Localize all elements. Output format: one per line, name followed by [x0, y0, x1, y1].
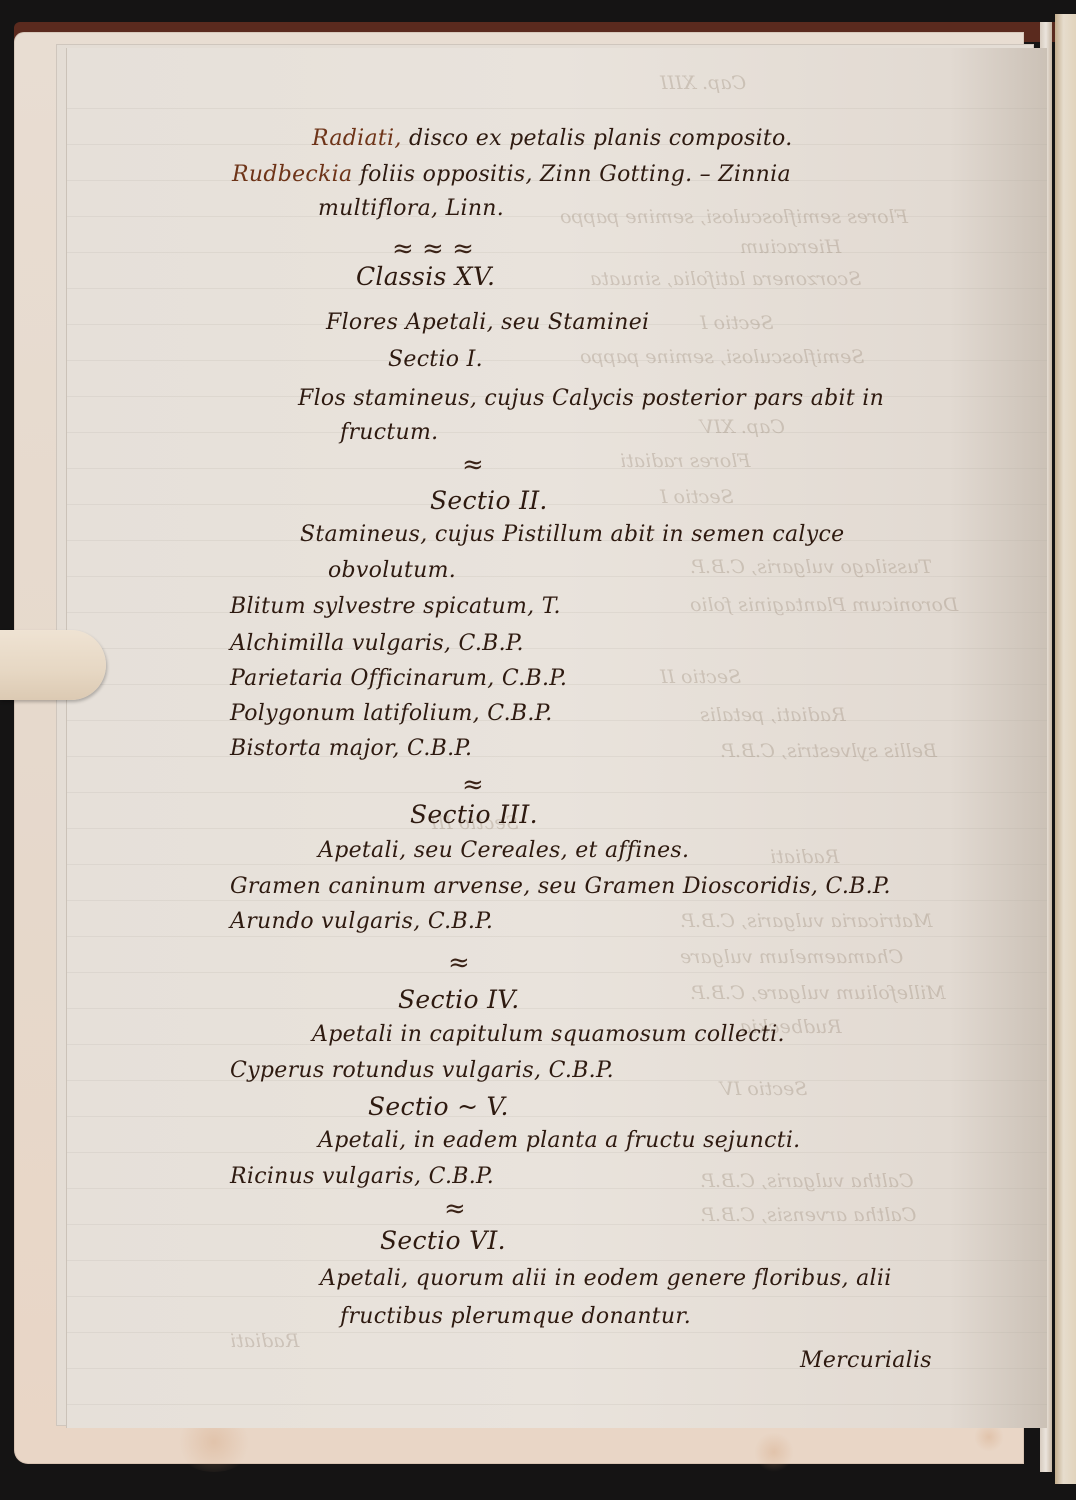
- manuscript-line: Apetali, seu Cereales, et affines.: [318, 838, 689, 863]
- manuscript-line: Apetali, in eadem planta a fructu sejunc…: [318, 1128, 800, 1153]
- bleed-through-text: Flores semiflosculosi, semine pappo: [560, 206, 908, 228]
- bleed-through-text: Cap. XIV: [700, 416, 785, 438]
- section-heading: Sectio IV.: [398, 985, 519, 1014]
- ruled-line: [67, 936, 1047, 937]
- manuscript-line: Blitum sylvestre spicatum, T.: [230, 594, 561, 619]
- manuscript-line: Stamineus, cujus Pistillum abit in semen…: [300, 522, 844, 547]
- ruled-line: [67, 360, 1047, 361]
- bleed-through-text: Flores radiati: [620, 450, 751, 472]
- ruled-line: [67, 864, 1047, 865]
- bleed-through-text: Caltha vulgaris, C.B.P.: [700, 1170, 914, 1192]
- ruled-line: [67, 1116, 1047, 1117]
- manuscript-line: multiflora, Linn.: [318, 196, 504, 221]
- section-heading: Sectio ~ V.: [368, 1092, 509, 1121]
- gutter-strip-outer: [1055, 14, 1076, 1484]
- manuscript-line: Rudbeckia foliis oppositis, Zinn Gotting…: [232, 162, 791, 187]
- manuscript-line: fructum.: [340, 420, 438, 445]
- bleed-through-text: Doronicum Plantaginis folio: [690, 594, 958, 616]
- manuscript-line: Apetali, quorum alii in eodem genere flo…: [320, 1266, 892, 1291]
- manuscript-line: Parietaria Officinarum, C.B.P.: [230, 666, 567, 691]
- manuscript-line: Gramen caninum arvense, seu Gramen Diosc…: [230, 874, 891, 899]
- manuscript-line: Cyperus rotundus vulgaris, C.B.P.: [230, 1058, 614, 1083]
- divider-flourish-icon: ≈ ≈ ≈: [392, 236, 474, 262]
- bleed-through-text: Scorzonera latifolia, sinuata: [590, 268, 861, 290]
- ruled-line: [67, 792, 1047, 793]
- bleed-through-text: Millefolium vulgare, C.B.P.: [690, 982, 946, 1004]
- manuscript-line: Alchimilla vulgaris, C.B.P.: [230, 631, 524, 656]
- manuscript-line: Apetali in capitulum squamosum collecti.: [312, 1022, 785, 1047]
- ruled-line: [67, 108, 1047, 109]
- manuscript-line: obvolutum.: [328, 558, 456, 583]
- catchword: Mercurialis: [800, 1348, 932, 1373]
- ruled-line: [67, 504, 1047, 505]
- bleed-through-text: Radiati: [770, 846, 839, 868]
- bleed-through-text: Radiati: [230, 1330, 299, 1352]
- bleed-through-text: Caltha arvensis, C.B.P.: [700, 1204, 916, 1226]
- bleed-through-text: Sectio I: [700, 312, 774, 334]
- bookmark-tab[interactable]: [0, 630, 106, 700]
- ruled-line: [67, 288, 1047, 289]
- manuscript-line: fructibus plerumque donantur.: [340, 1304, 691, 1329]
- bleed-through-text: Matricaria vulgaris, C.B.P.: [680, 910, 932, 932]
- section-heading: Sectio II.: [430, 486, 548, 515]
- bleed-through-text: Tussilago vulgaris, C.B.P.: [690, 556, 932, 578]
- ruled-line: [67, 1404, 1047, 1405]
- divider-flourish-icon: ≈: [448, 950, 470, 976]
- bleed-through-text: Sectio IV: [720, 1078, 807, 1100]
- bleed-through-text: Radiati, petalis: [700, 704, 846, 726]
- manuscript-line: Bistorta major, C.B.P.: [230, 736, 472, 761]
- ruled-line: [67, 828, 1047, 829]
- manuscript-line: Arundo vulgaris, C.B.P.: [230, 909, 493, 934]
- ruled-line: [67, 648, 1047, 649]
- manuscript-line: Radiati, disco ex petalis planis composi…: [312, 126, 793, 151]
- ruled-line: [67, 432, 1047, 433]
- section-heading: Classis XV.: [356, 262, 495, 291]
- bleed-through-text: Chamaemelum vulgare: [680, 946, 903, 968]
- bleed-through-text: Cap. XIII: [660, 72, 746, 94]
- bleed-through-text: Bellis sylvestris, C.B.P.: [720, 740, 937, 762]
- ruled-line: [67, 1296, 1047, 1297]
- bleed-through-text: Hieracium: [740, 236, 841, 258]
- bleed-through-text: Sectio II: [660, 666, 741, 688]
- ruled-line: [67, 252, 1047, 253]
- section-heading: Sectio VI.: [380, 1226, 506, 1255]
- bleed-through-text: Semiflosculosi, semine pappo: [580, 346, 864, 368]
- manuscript-line: Flos stamineus, cujus Calycis posterior …: [298, 386, 884, 411]
- divider-flourish-icon: ≈: [462, 452, 484, 478]
- ruled-line: [67, 720, 1047, 721]
- manuscript-line: Flores Apetali, seu Staminei: [326, 310, 649, 335]
- ruled-line: [67, 1332, 1047, 1333]
- ruled-line: [67, 1008, 1047, 1009]
- manuscript-line: Sectio I.: [388, 347, 483, 372]
- section-heading: Sectio III.: [410, 800, 538, 829]
- divider-flourish-icon: ≈: [462, 772, 484, 798]
- ruled-line: [67, 1260, 1047, 1261]
- bleed-through-text: Sectio I: [660, 486, 734, 508]
- manuscript-line: Ricinus vulgaris, C.B.P.: [230, 1164, 494, 1189]
- ruled-line: [67, 468, 1047, 469]
- manuscript-line: Polygonum latifolium, C.B.P.: [230, 701, 553, 726]
- ruled-line: [67, 972, 1047, 973]
- ruled-line: [67, 900, 1047, 901]
- divider-flourish-icon: ≈: [444, 1196, 466, 1222]
